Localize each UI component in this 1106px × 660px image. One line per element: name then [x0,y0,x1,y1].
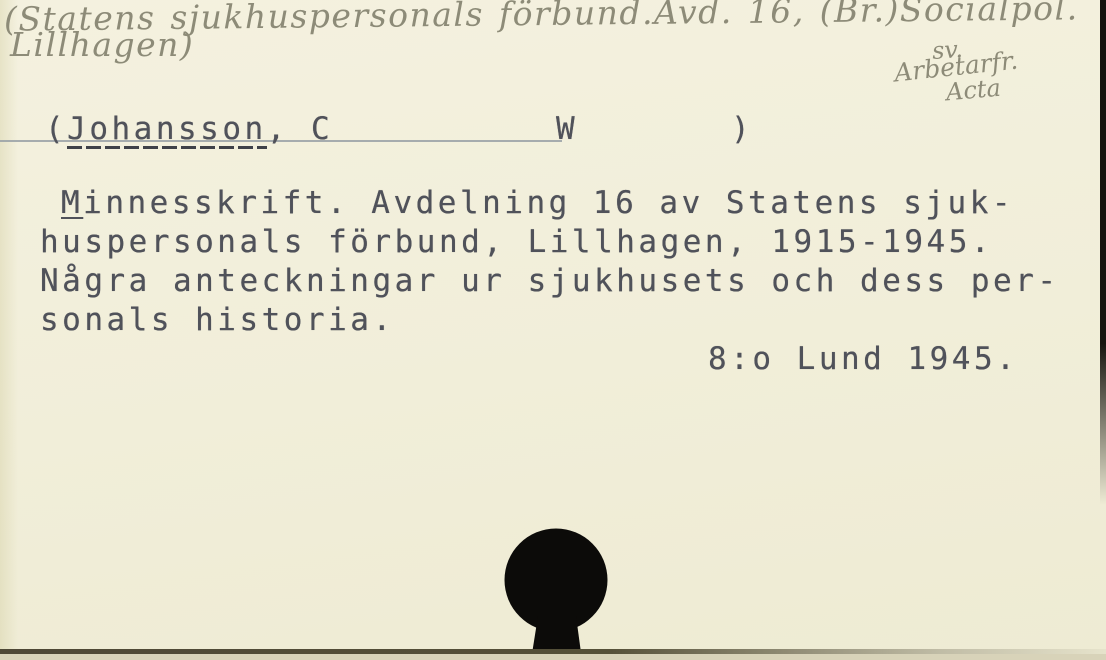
scan-background-strip [0,654,1106,660]
scan-right-edge [1100,0,1106,505]
body-line-2: huspersonals förbund, Lillhagen, 1915-19… [40,223,1060,262]
heading-close-paren: ) [731,111,753,147]
card-left-shading [0,0,18,660]
handwritten-annotation-acta: Acta [945,74,1002,107]
heading-after-surname: , C [267,111,334,147]
imprint-line: 8:o Lund 1945. [708,341,1018,377]
heading-open-paren: ( [45,111,67,147]
body-line-1: Minnesskrift. Avdelning 16 av Statens sj… [40,184,1060,223]
body-line-4: sonals historia. [40,301,1060,340]
body-line-3: Några anteckningar ur sjukhusets och des… [40,262,1060,301]
handwritten-heading-line2: Lillhagen) [10,25,194,64]
catalog-card: (Statens sjukhuspersonals förbund.Avd. 1… [0,0,1106,660]
punch-hole [476,524,636,660]
body-line1-underlined-initial: M [61,185,83,221]
typed-author-heading: (Johansson, C [45,111,333,147]
author-middle-initial: W [556,111,578,147]
catalog-entry-body: Minnesskrift. Avdelning 16 av Statens sj… [40,184,1060,340]
body-line1-text: innesskrift. Avdelning 16 av Statens sju… [83,185,1014,221]
author-surname: Johansson [67,111,266,149]
